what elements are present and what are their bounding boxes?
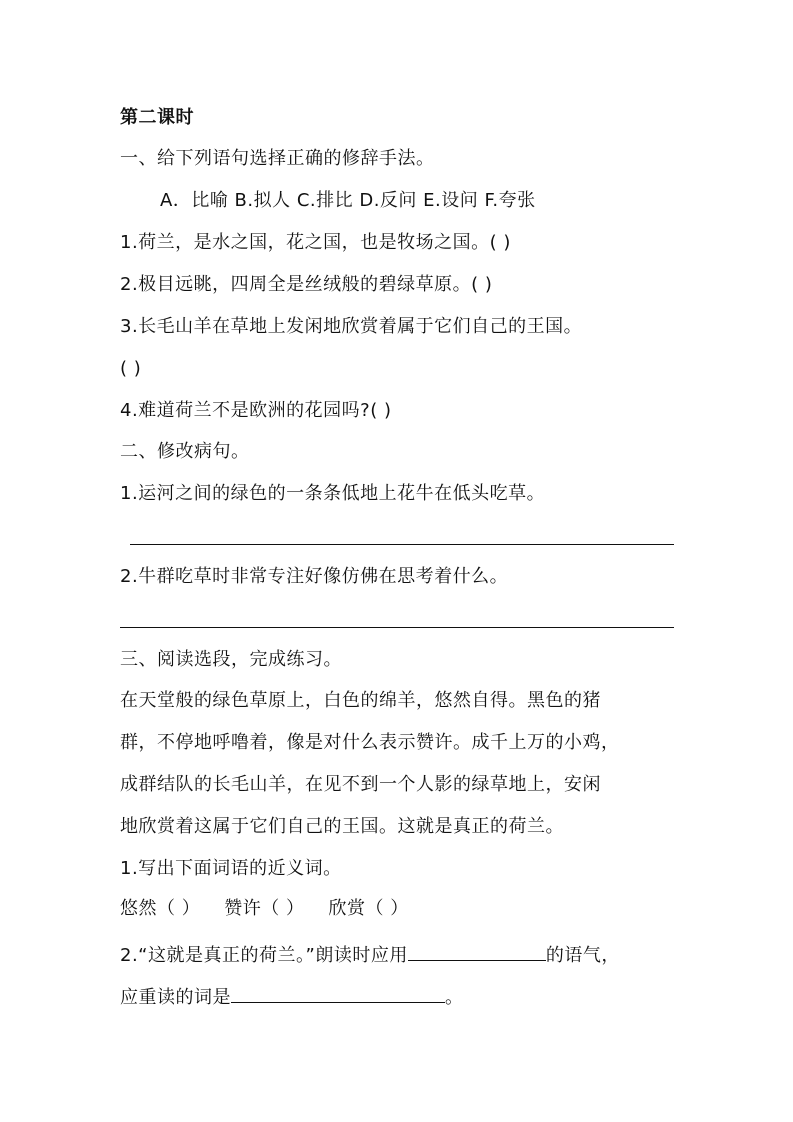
answer-line-2-1[interactable] <box>130 544 674 545</box>
question-1-3: 3.长毛山羊在草地上发闲地欣赏着属于它们自己的王国。 <box>120 315 582 339</box>
stress-word-blank[interactable] <box>231 982 445 1003</box>
question-3-2-part1: 2.“这就是真正的荷兰。”朗读时应用 <box>120 945 408 966</box>
question-3-2-part4: 。 <box>445 987 464 1008</box>
synonym-zanxu[interactable]: 赞许（ ） <box>224 898 304 919</box>
passage-line-4: 地欣赏着这属于它们自己的王国。这就是真正的荷兰。 <box>120 815 564 839</box>
synonym-youran[interactable]: 悠然（ ） <box>120 898 200 919</box>
question-3-1: 1.写出下面词语的近义词。 <box>120 857 342 881</box>
passage-line-2: 群，不停地呼噜着，像是对什么表示赞许。成千上万的小鸡， <box>120 731 620 755</box>
question-3-2-cont: 应重读的词是。 <box>120 982 464 1010</box>
answer-line-2-2[interactable] <box>120 627 674 628</box>
rhetoric-options: A．比喻 B.拟人 C.排比 D.反问 E.设问 F.夸张 <box>160 189 536 213</box>
question-2-1: 1.运河之间的绿色的一条条低地上花牛在低头吃草。 <box>120 482 545 506</box>
question-3-2: 2.“这就是真正的荷兰。”朗读时应用的语气， <box>120 940 620 968</box>
section2-heading: 二、修改病句。 <box>120 440 250 464</box>
question-1-3-answer: ( ) <box>120 357 141 381</box>
passage-line-1: 在天堂般的绿色草原上，白色的绵羊，悠然自得。黑色的猪 <box>120 689 601 713</box>
question-2-2: 2.牛群吃草时非常专注好像仿佛在思考着什么。 <box>120 565 508 589</box>
question-3-2-part2: 的语气， <box>546 945 620 966</box>
section1-heading: 一、给下列语句选择正确的修辞手法。 <box>120 147 435 171</box>
question-1-4: 4.难道荷兰不是欧洲的花园吗?( ) <box>120 399 392 423</box>
lesson-title: 第二课时 <box>120 106 194 130</box>
question-1-1: 1.荷兰，是水之国，花之国，也是牧场之国。( ) <box>120 231 511 255</box>
synonym-xinshang[interactable]: 欣赏（ ） <box>328 898 408 919</box>
synonym-row: 悠然（ ）赞许（ ）欣赏（ ） <box>120 897 409 921</box>
passage-line-3: 成群结队的长毛山羊，在见不到一个人影的绿草地上，安闲 <box>120 773 601 797</box>
section3-heading: 三、阅读选段，完成练习。 <box>120 648 342 672</box>
tone-answer-blank[interactable] <box>408 940 546 961</box>
worksheet-page: 第二课时 一、给下列语句选择正确的修辞手法。 A．比喻 B.拟人 C.排比 D.… <box>0 0 793 1122</box>
question-1-2: 2.极目远眺，四周全是丝绒般的碧绿草原。( ) <box>120 273 492 297</box>
question-3-2-part3: 应重读的词是 <box>120 987 231 1008</box>
